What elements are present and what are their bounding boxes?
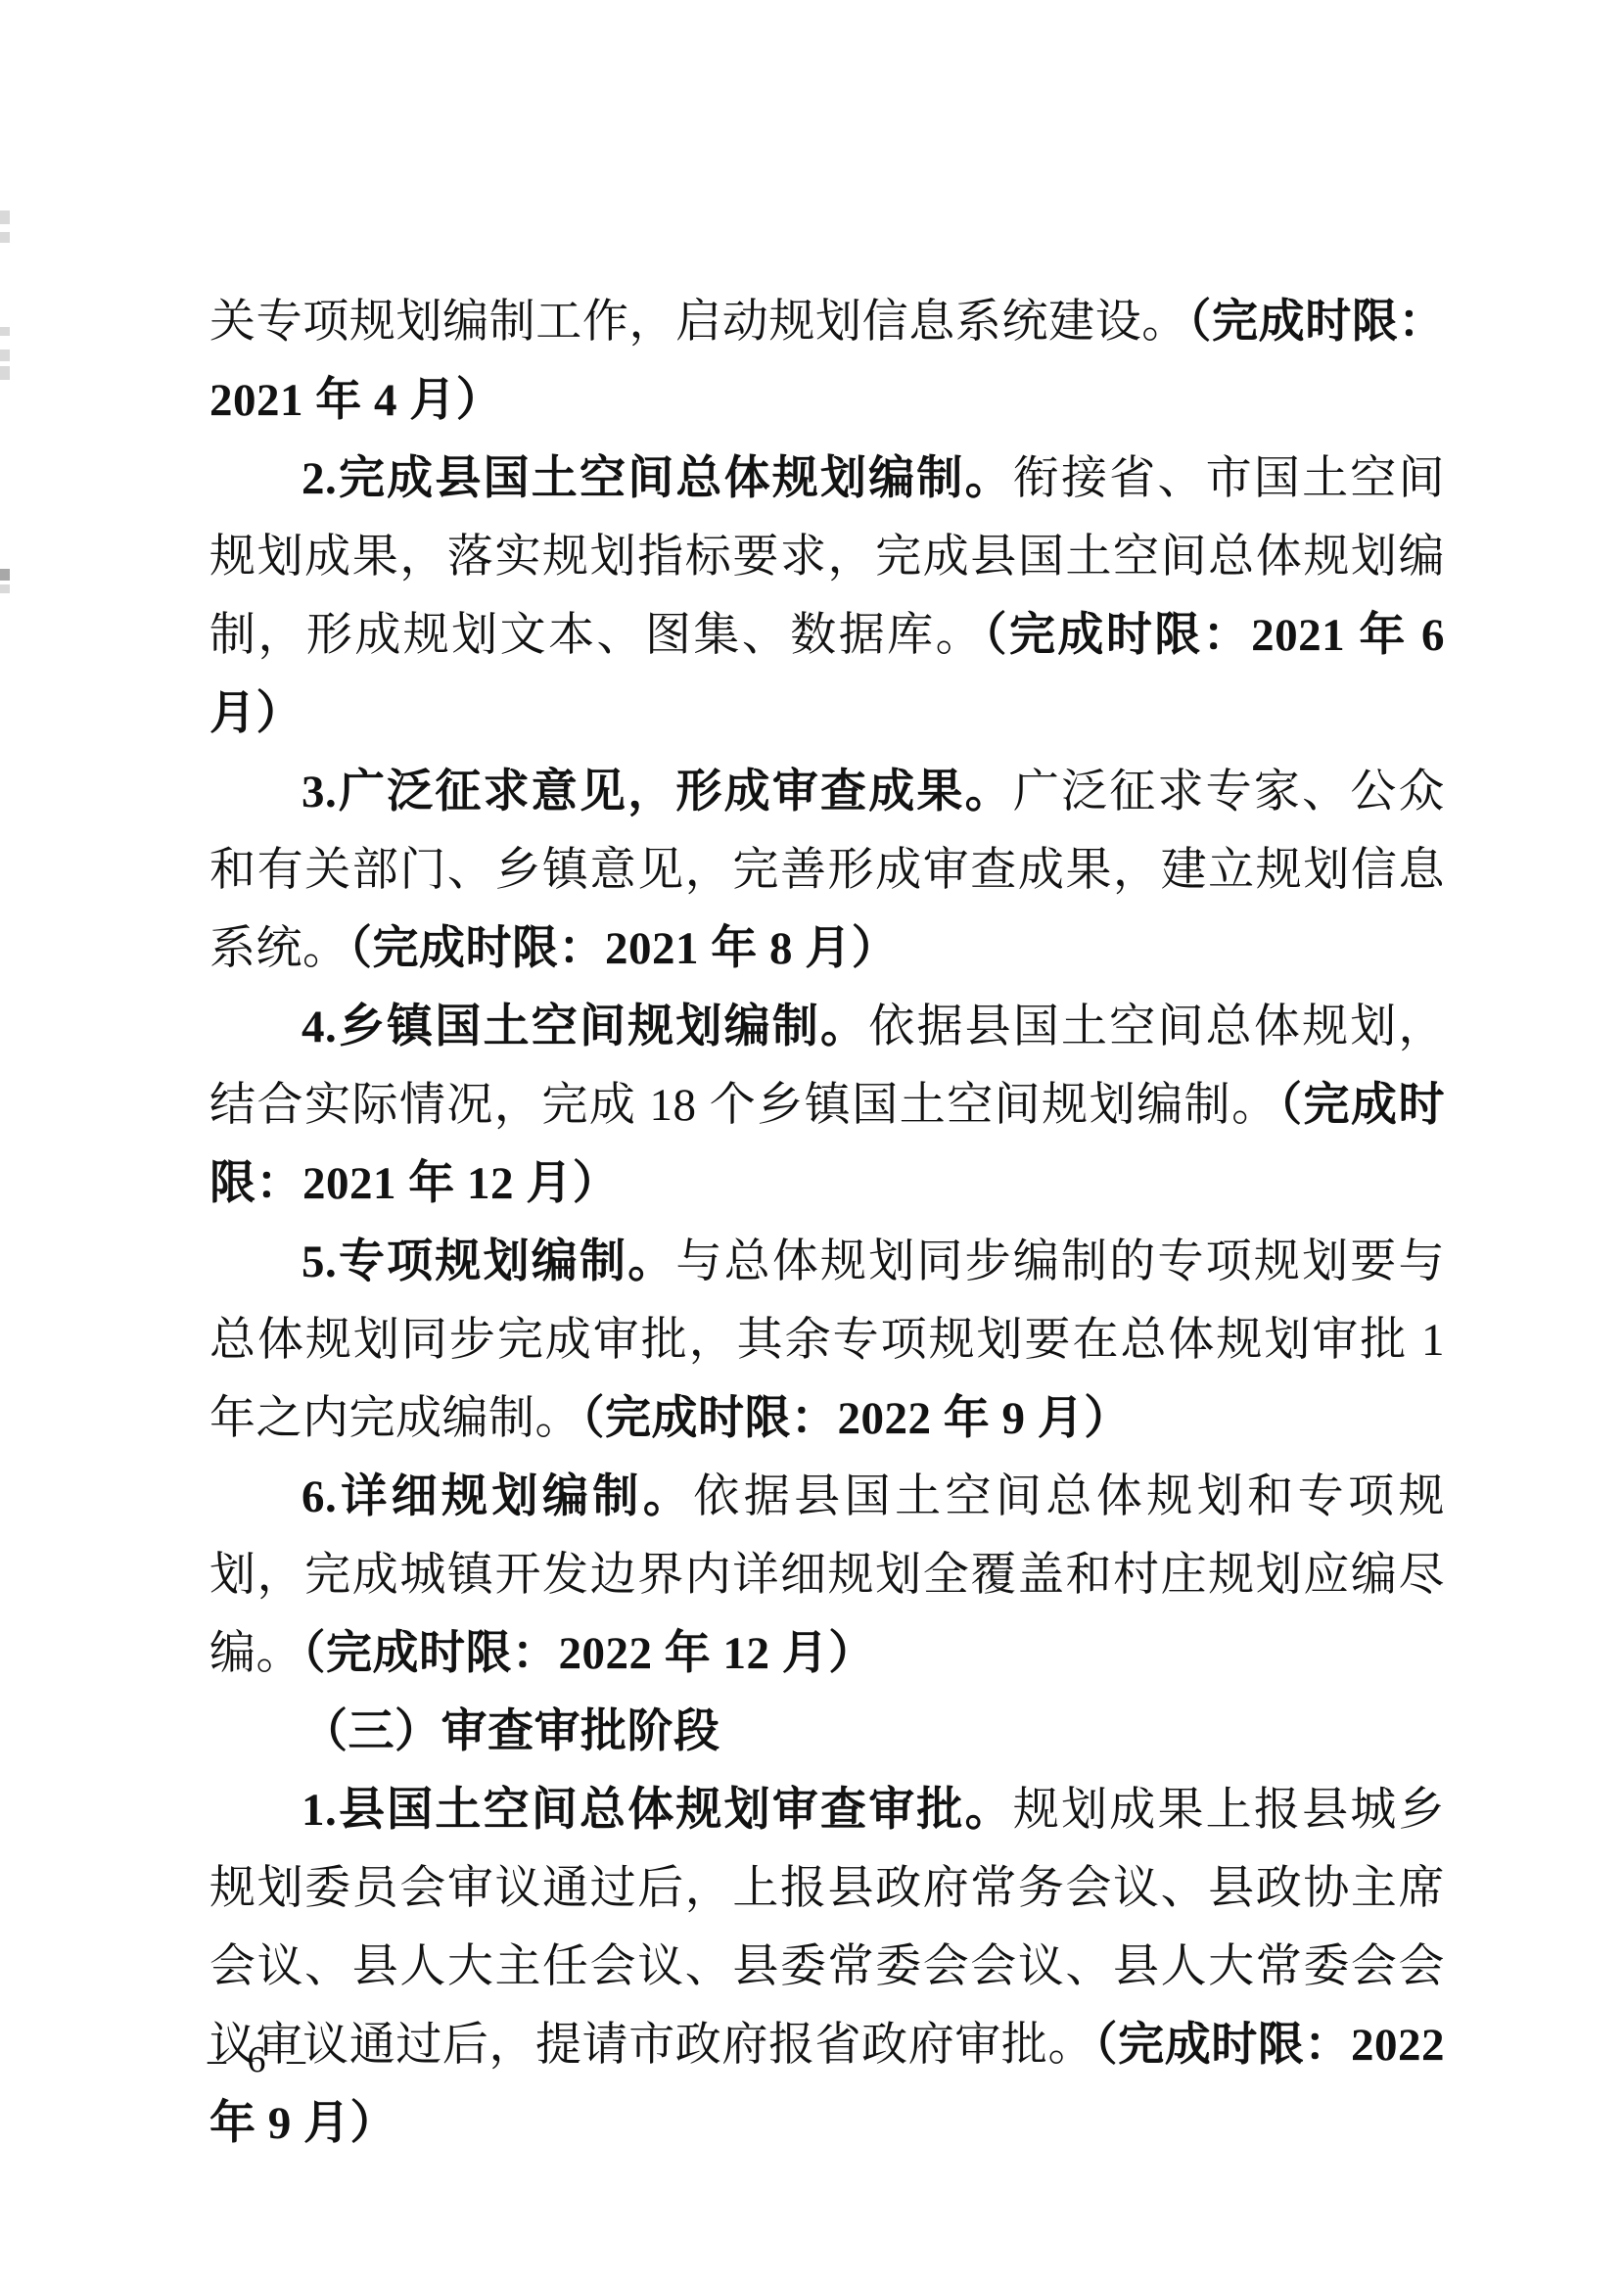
- task-title: 6.详细规划编制。: [302, 1471, 693, 1522]
- paragraph-task-5: 5.专项规划编制。与总体规划同步编制的专项规划要与总体规划同步完成审批，其余专项…: [209, 1223, 1445, 1458]
- scanned-document-page: 关专项规划编制工作，启动规划信息系统建设。（完成时限：2021 年 4 月） 2…: [0, 0, 1624, 2286]
- scan-artifact: [0, 350, 10, 361]
- task-title: 1.县国土空间总体规划审查审批。: [302, 1785, 1013, 1836]
- task-title: 5.专项规划编制。: [302, 1236, 675, 1287]
- heading-stage-3: （三）审查审批阶段: [209, 1693, 1445, 1771]
- page-number: – 6 –: [208, 2038, 311, 2081]
- section-heading: （三）审查审批阶段: [302, 1706, 720, 1757]
- deadline-text: （完成时限：2022 年 9 月）: [581, 1393, 1131, 1444]
- paragraph-task-3: 3.广泛征求意见，形成审查成果。广泛征求专家、公众和有关部门、乡镇意见，完善形成…: [209, 753, 1445, 988]
- deadline-text: （完成时限：2022 年 12 月）: [302, 1628, 875, 1679]
- paragraph-review-1: 1.县国土空间总体规划审查审批。规划成果上报县城乡规划委员会审议通过后，上报县政…: [209, 1771, 1445, 2163]
- deadline-text: （完成时限：2021 年 8 月）: [349, 923, 899, 974]
- scan-artifact: [0, 584, 10, 593]
- paragraph-continuation: 关专项规划编制工作，启动规划信息系统建设。（完成时限：2021 年 4 月）: [209, 283, 1445, 440]
- scan-artifact: [0, 210, 10, 224]
- paragraph-task-2: 2.完成县国土空间总体规划编制。衔接省、市国土空间规划成果，落实规划指标要求，完…: [209, 440, 1445, 753]
- task-title: 3.广泛征求意见，形成审查成果。: [302, 767, 1013, 817]
- scan-artifact: [0, 366, 10, 380]
- task-title: 4.乡镇国土空间规划编制。: [302, 1002, 868, 1052]
- paragraph-task-4: 4.乡镇国土空间规划编制。依据县国土空间总体规划，结合实际情况，完成 18 个乡…: [209, 988, 1445, 1223]
- paragraph-task-6: 6.详细规划编制。依据县国土空间总体规划和专项规划，完成城镇开发边界内详细规划全…: [209, 1458, 1445, 1693]
- scan-artifact: [0, 232, 10, 243]
- document-body: 关专项规划编制工作，启动规划信息系统建设。（完成时限：2021 年 4 月） 2…: [209, 283, 1445, 2163]
- body-text: 关专项规划编制工作，启动规划信息系统建设。: [209, 297, 1188, 348]
- scan-artifact: [0, 569, 10, 581]
- scan-artifact: [0, 327, 10, 336]
- task-title: 2.完成县国土空间总体规划编制。: [302, 453, 1013, 504]
